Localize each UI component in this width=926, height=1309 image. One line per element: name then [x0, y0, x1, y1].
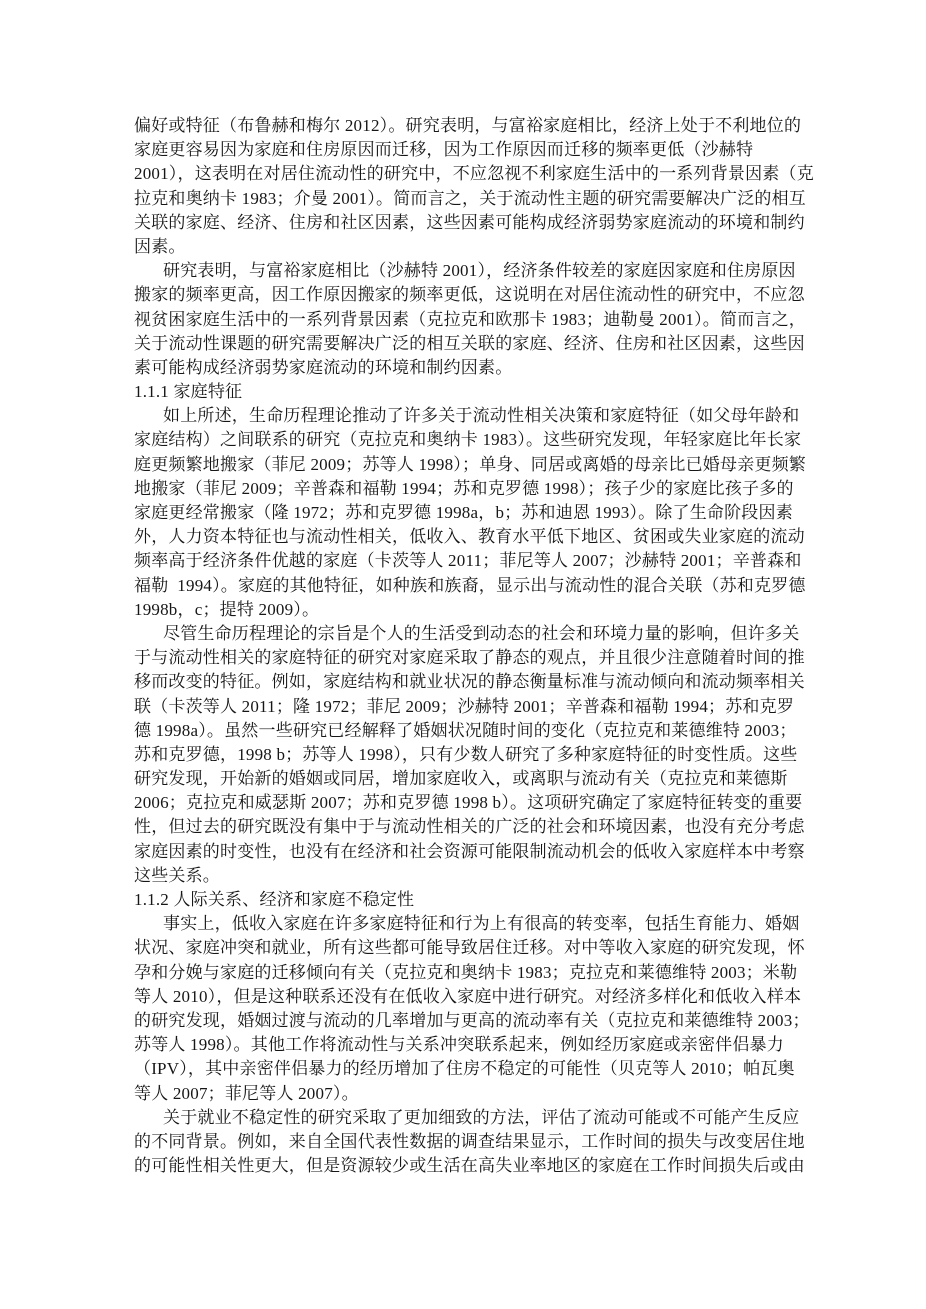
- section-heading-1-1-2: 1.1.2 人际关系、经济和家庭不稳定性: [134, 888, 806, 912]
- text-line: 等人 2010），但是这种联系还没有在低收入家庭中进行研究。对经济多样化和低收入…: [134, 985, 806, 1009]
- text-line: 地搬家（菲尼 2009；辛普森和福勒 1994；苏和克罗德 1998）；孩子少的…: [134, 477, 806, 501]
- paragraph-research-summary: 研究表明，与富裕家庭相比（沙赫特 2001），经济条件较差的家庭因家庭和住房原因…: [134, 259, 806, 380]
- text-line: 庭更频繁地搬家（菲尼 2009；苏等人 1998）；单身、同居或离婚的母亲比已婚…: [134, 453, 806, 477]
- text-line: 这些关系。: [134, 864, 806, 888]
- text-line: 家庭结构）之间联系的研究（克拉克和奥纳卡 1983）。这些研究发现，年轻家庭比年…: [134, 428, 806, 452]
- text-line: 等人 2007；菲尼等人 2007）。: [134, 1082, 806, 1106]
- paragraph-continuation: 偏好或特征（布鲁赫和梅尔 2012）。研究表明，与富裕家庭相比，经济上处于不利地…: [134, 114, 806, 259]
- text-line: 家庭更经常搬家（隆 1972；苏和克罗德 1998a，b；苏和迪恩 1993）。…: [134, 501, 806, 525]
- text-line: 事实上，低收入家庭在许多家庭特征和行为上有很高的转变率，包括生育能力、婚姻: [134, 912, 806, 936]
- text-line: 状况、家庭冲突和就业，所有这些都可能导致居住迁移。对中等收入家庭的研究发现，怀: [134, 936, 806, 960]
- text-line: 研究发现，开始新的婚姻或同居，增加家庭收入，或离职与流动有关（克拉克和莱德斯: [134, 767, 806, 791]
- text-line: （IPV），其中亲密伴侣暴力的经历增加了住房不稳定的可能性（贝克等人 2010；…: [134, 1057, 806, 1081]
- text-line: 频率高于经济条件优越的家庭（卡茨等人 2011；菲尼等人 2007；沙赫特 20…: [134, 549, 806, 573]
- text-line: 2001），这表明在对居住流动性的研究中，不应忽视不利家庭生活中的一系列背景因素…: [134, 162, 806, 186]
- text-line: 素可能构成经济弱势家庭流动的环境和制约因素。: [134, 356, 806, 380]
- paragraph-life-course-critique: 尽管生命历程理论的宗旨是个人的生活受到动态的社会和环境力量的影响，但许多关于与流…: [134, 622, 806, 888]
- text-line: 的不同背景。例如，来自全国代表性数据的调查结果显示，工作时间的损失与改变居住地: [134, 1130, 806, 1154]
- text-line: 移而改变的特征。例如，家庭结构和就业状况的静态衡量标准与流动倾向和流动频率相关: [134, 670, 806, 694]
- text-line: 拉克和奥纳卡 1983；介曼 2001）。简而言之，关于流动性主题的研究需要解决…: [134, 187, 806, 211]
- text-line: 性，但过去的研究既没有集中于与流动性相关的广泛的社会和环境因素，也没有充分考虑: [134, 815, 806, 839]
- text-line: 的可能性相关性更大，但是资源较少或生活在高失业率地区的家庭在工作时间损失后或由: [134, 1154, 806, 1178]
- heading-line: 1.1.2 人际关系、经济和家庭不稳定性: [134, 888, 806, 912]
- text-line: 关联的家庭、经济、住房和社区因素，这些因素可能构成经济弱势家庭流动的环境和制约: [134, 211, 806, 235]
- heading-line: 1.1.1 家庭特征: [134, 380, 806, 404]
- paragraph-employment-instability: 关于就业不稳定性的研究采取了更加细致的方法，评估了流动可能或不可能产生反应的不同…: [134, 1106, 806, 1179]
- text-line: 研究表明，与富裕家庭相比（沙赫特 2001），经济条件较差的家庭因家庭和住房原因: [134, 259, 806, 283]
- text-line: 苏等人 1998）。其他工作将流动性与关系冲突联系起来，例如经历家庭或亲密伴侣暴…: [134, 1033, 806, 1057]
- paragraph-family-characteristics: 如上所述，生命历程理论推动了许多关于流动性相关决策和家庭特征（如父母年龄和家庭结…: [134, 404, 806, 622]
- text-line: 搬家的频率更高，因工作原因搬家的频率更低，这说明在对居住流动性的研究中，不应忽: [134, 283, 806, 307]
- text-line: 偏好或特征（布鲁赫和梅尔 2012）。研究表明，与富裕家庭相比，经济上处于不利地…: [134, 114, 806, 138]
- text-line: 的研究发现，婚姻过渡与流动的几率增加与更高的流动率有关（克拉克和莱德维特 200…: [134, 1009, 806, 1033]
- text-line: 家庭因素的时变性，也没有在经济和社会资源可能限制流动机会的低收入家庭样本中考察: [134, 840, 806, 864]
- paragraph-instability: 事实上，低收入家庭在许多家庭特征和行为上有很高的转变率，包括生育能力、婚姻状况、…: [134, 912, 806, 1106]
- text-line: 外，人力资本特征也与流动性相关，低收入、教育水平低下地区、贫困或失业家庭的流动: [134, 525, 806, 549]
- text-line: 尽管生命历程理论的宗旨是个人的生活受到动态的社会和环境力量的影响，但许多关: [134, 622, 806, 646]
- text-line: 孕和分娩与家庭的迁移倾向有关（克拉克和奥纳卡 1983；克拉克和莱德维特 200…: [134, 961, 806, 985]
- text-line: 德 1998a）。虽然一些研究已经解释了婚姻状况随时间的变化（克拉克和莱德维特 …: [134, 719, 806, 743]
- text-line: 关于就业不稳定性的研究采取了更加细致的方法，评估了流动可能或不可能产生反应: [134, 1106, 806, 1130]
- text-line: 因素。: [134, 235, 806, 259]
- text-line: 于与流动性相关的家庭特征的研究对家庭采取了静态的观点，并且很少注意随着时间的推: [134, 646, 806, 670]
- text-line: 家庭更容易因为家庭和住房原因而迁移，因为工作原因而迁移的频率更低（沙赫特: [134, 138, 806, 162]
- text-line: 如上所述，生命历程理论推动了许多关于流动性相关决策和家庭特征（如父母年龄和: [134, 404, 806, 428]
- document-page: 偏好或特征（布鲁赫和梅尔 2012）。研究表明，与富裕家庭相比，经济上处于不利地…: [134, 114, 806, 1178]
- text-line: 1998b，c；提特 2009）。: [134, 598, 806, 622]
- text-line: 视贫困家庭生活中的一系列背景因素（克拉克和欧那卡 1983；迪勒曼 2001）。…: [134, 308, 806, 332]
- section-heading-1-1-1: 1.1.1 家庭特征: [134, 380, 806, 404]
- text-line: 关于流动性课题的研究需要解决广泛的相互关联的家庭、经济、住房和社区因素，这些因: [134, 332, 806, 356]
- text-line: 2006；克拉克和威瑟斯 2007；苏和克罗德 1998 b）。这项研究确定了家…: [134, 791, 806, 815]
- text-line: 苏和克罗德，1998 b；苏等人 1998），只有少数人研究了多种家庭特征的时变…: [134, 743, 806, 767]
- text-line: 福勒 1994）。家庭的其他特征，如种族和族裔，显示出与流动性的混合关联（苏和克…: [134, 574, 806, 598]
- text-line: 联（卡茨等人 2011；隆 1972；菲尼 2009；沙赫特 2001；辛普森和…: [134, 695, 806, 719]
